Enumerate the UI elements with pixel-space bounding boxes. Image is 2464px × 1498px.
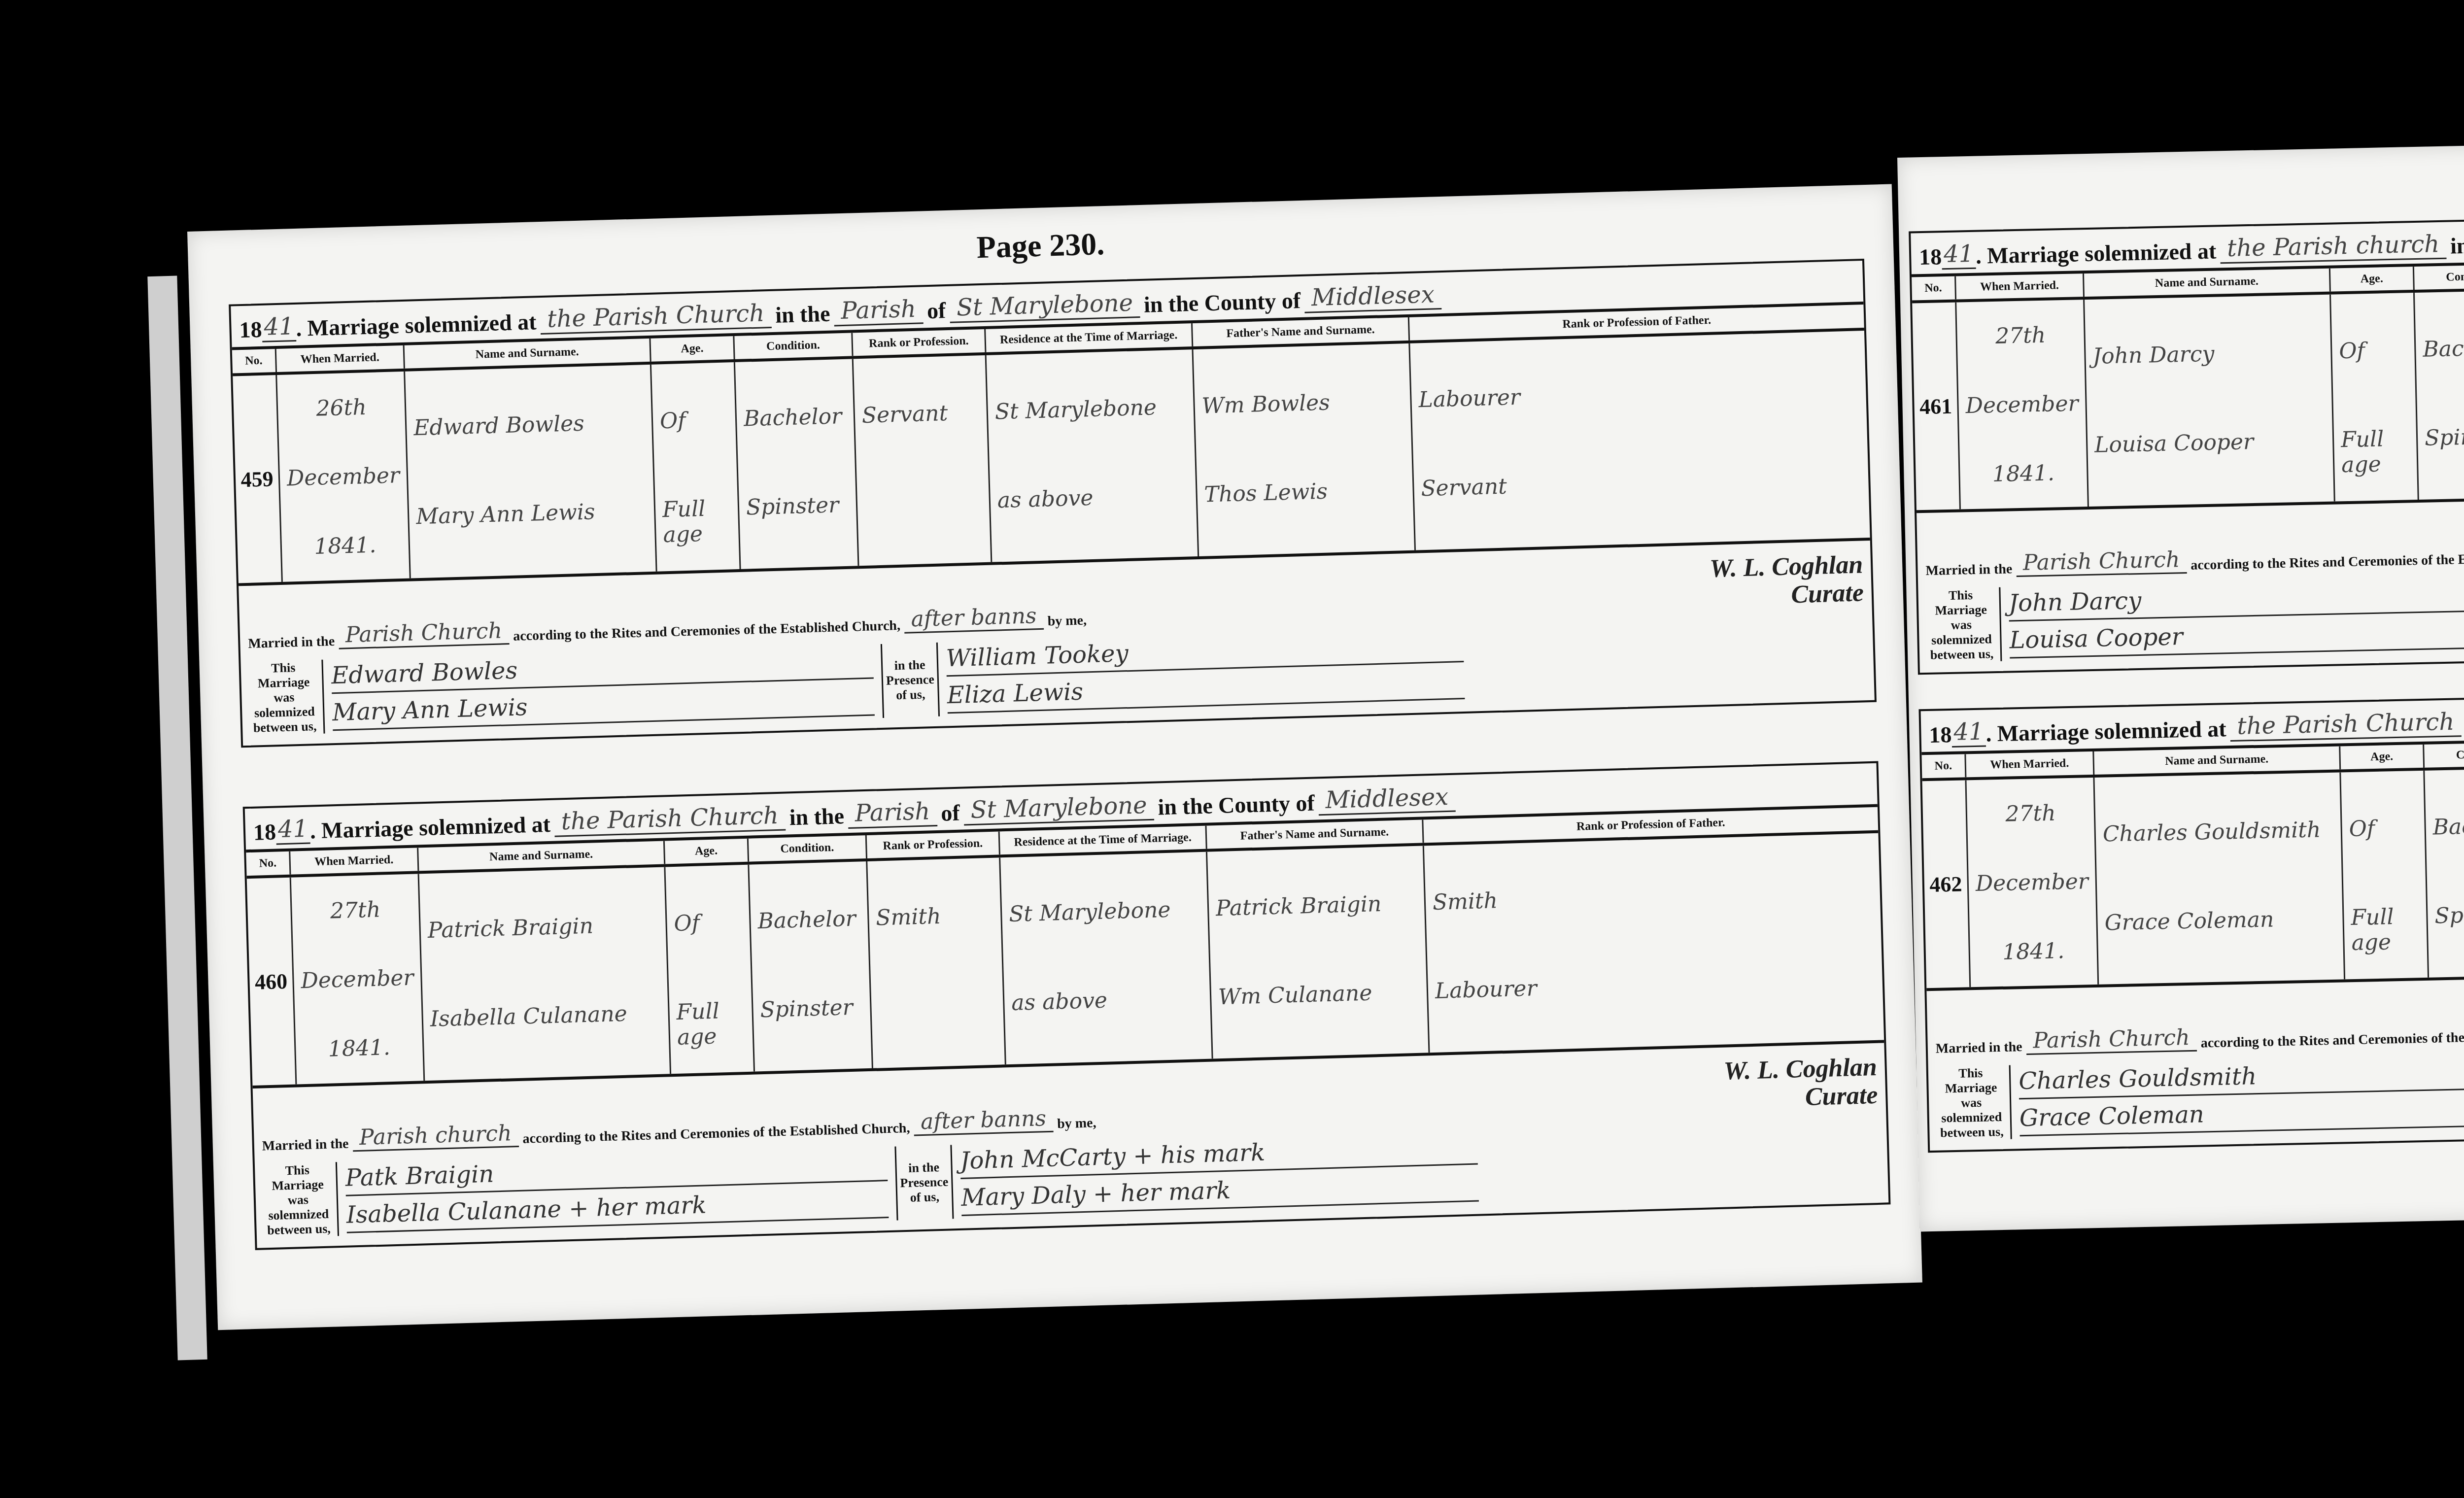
groom-residence: St Marylebone: [1009, 896, 1205, 927]
officiant-name: W. L. Coghlan: [1709, 550, 1863, 583]
residence-cell: St Maryleboneas above: [987, 349, 1199, 562]
groom-name: Edward Bowles: [413, 409, 649, 441]
church-field: the Parish Church: [540, 299, 772, 335]
of-label: of: [926, 297, 946, 324]
label-line: solemnized: [264, 1207, 333, 1224]
bride-rank: [878, 991, 1000, 994]
witness-signatures: William TookeyEliza Lewis: [938, 628, 1473, 716]
in-the-label: in the: [775, 301, 831, 328]
bride-signature: Louisa Cooper: [2009, 615, 2464, 659]
bride-age: Full age: [676, 998, 750, 1050]
col-rank: Rank or Profession.: [867, 831, 1000, 858]
church-field: the Parish Church: [554, 802, 786, 837]
married-in-label: Married in the: [248, 634, 335, 652]
condition-cell: BachelorSpinster: [749, 861, 873, 1072]
year-prefix: 18: [253, 818, 276, 845]
entry-row: 461 27th December 1841. John DarcyLouisa…: [1912, 270, 2464, 513]
marriage-entry-462: 18 41 . Marriage solemnized at the Paris…: [1918, 676, 2464, 1153]
when-married: 27th December 1841.: [291, 874, 425, 1084]
bride-condition: Spinster: [2425, 423, 2464, 451]
residence-cell: St Maryleboneas above: [1000, 852, 1213, 1065]
year-suffix: 41: [275, 815, 310, 845]
condition-cell: BachelorSpinster: [2425, 768, 2464, 978]
bride-father-rank: Labourer: [1435, 966, 1880, 1004]
bride-name: Grace Coleman: [2104, 906, 2340, 936]
solemnized-label: . Marriage solemnized at: [1976, 238, 2217, 269]
when-married: 26th December 1841.: [277, 372, 411, 582]
bride-condition: Spinster: [2434, 901, 2464, 929]
rank-cell: Smith: [867, 857, 1006, 1068]
entry-row: 462 27th December 1841. Charles Gouldsmi…: [1922, 748, 2464, 991]
in-the-label: in the: [2450, 232, 2464, 259]
couple-signatures: Charles GouldsmithGrace Coleman: [2011, 1054, 2464, 1139]
groom-condition: Bachelor: [757, 906, 865, 934]
label-line: was: [1927, 617, 1996, 633]
groom-age: Of: [674, 909, 747, 936]
entry-number: 459: [233, 375, 283, 583]
month: December: [1975, 869, 2088, 896]
bride-age: Full age: [2341, 426, 2414, 477]
col-no: No.: [232, 349, 277, 373]
officiant-signature: W. L. CoghlanCurate: [1709, 550, 1864, 611]
marriage-entry-460: 18 41 . Marriage solemnized at the Paris…: [243, 761, 1891, 1251]
bride-age: Full age: [662, 495, 736, 547]
year: 1841.: [2002, 938, 2065, 965]
groom-signature: Charles Gouldsmith: [2019, 1056, 2464, 1100]
officiant-name: W. L. Coghlan: [1723, 1053, 1878, 1086]
presence-label: in thePresenceof us,: [894, 1145, 954, 1221]
year-prefix: 18: [1929, 721, 1952, 748]
in-the-label: in the: [789, 803, 845, 830]
groom-name: Patrick Braigin: [427, 912, 663, 943]
groom-age: Of: [2349, 815, 2422, 842]
label-line: between us,: [264, 1222, 334, 1238]
label-line: was: [1937, 1095, 2006, 1111]
month: December: [1965, 391, 2079, 418]
witness-signatures: John McCarty + his markMary Daly + her m…: [952, 1130, 1487, 1219]
county-field: Middlesex: [1318, 783, 1456, 816]
col-condition: Condition.: [2424, 742, 2464, 768]
year-suffix: 41: [1942, 240, 1976, 270]
groom-rank: Servant: [861, 400, 984, 428]
by-me-label: by me,: [1057, 1116, 1096, 1132]
officiant-signature: W. L. CoghlanCurate: [1723, 1053, 1878, 1114]
month: December: [286, 463, 400, 491]
between-us-label: This Marriagewassolemnizedbetween us,: [248, 660, 325, 736]
register-page-231: Page 231. 18 41 . Marriage solemnized at…: [1897, 124, 2464, 1232]
marriage-entry-461: 18 41 . Marriage solemnized at the Paris…: [1909, 198, 2464, 675]
groom-father: Patrick Braigin: [1215, 890, 1421, 921]
solemnized-label: . Marriage solemnized at: [296, 308, 537, 341]
married-in-field: Parish Church: [338, 618, 510, 649]
year: 1841.: [1992, 460, 2054, 487]
age-cell: OfFull age: [651, 362, 741, 572]
bride-name: Louisa Cooper: [2094, 428, 2330, 458]
rank-cell: Servant: [854, 355, 992, 566]
page-title: Page 231.: [1898, 143, 2464, 214]
label-line: This Marriage: [1926, 587, 1995, 618]
label-line: This Marriage: [263, 1162, 333, 1194]
county-field: Middlesex: [1304, 280, 1441, 313]
parish-field: St Marylebone: [963, 791, 1154, 826]
col-when-married: When Married.: [1966, 751, 2094, 777]
bride-residence: as above: [1011, 985, 1207, 1016]
col-no: No.: [246, 851, 291, 876]
parish-field: St Marylebone: [949, 289, 1140, 323]
col-when-married: When Married.: [1956, 273, 2085, 299]
by-me-label: by me,: [1047, 613, 1087, 630]
label-line: solemnized: [1937, 1110, 2007, 1126]
label-line: of us,: [897, 1190, 952, 1206]
col-rank: Rank or Profession.: [853, 329, 986, 356]
marriage-entry-459: 18 41 . Marriage solemnized at the Paris…: [229, 259, 1877, 748]
married-in-label: Married in the: [1925, 562, 2012, 579]
bride-residence: as above: [997, 482, 1193, 513]
names-cell: Charles GouldsmithGrace Coleman: [2094, 772, 2345, 984]
bride-rank: [864, 488, 986, 492]
groom-age: Of: [2339, 337, 2412, 364]
bride-age: Full age: [2351, 904, 2424, 955]
names-cell: John DarcyLouisa Cooper: [2085, 295, 2335, 507]
couple-signatures: Patk BraiginIsabella Culanane + her mark: [337, 1147, 897, 1236]
of-label: of: [941, 800, 960, 826]
col-no: No.: [1912, 276, 1956, 301]
married-in-field: Parish Church: [2026, 1025, 2197, 1055]
names-cell: Edward BowlesMary Ann Lewis: [405, 365, 657, 579]
officiant-title: Curate: [1791, 579, 1864, 609]
groom-condition: Bachelor: [2432, 813, 2464, 840]
col-name: Name and Surname.: [2084, 269, 2331, 297]
bride-condition: Spinster: [760, 994, 867, 1022]
col-age: Age.: [2330, 267, 2415, 292]
bride-signature: Grace Coleman: [2019, 1093, 2464, 1137]
label-line: between us,: [250, 719, 320, 736]
year-prefix: 18: [1919, 243, 1942, 270]
rites-label: according to the Rites and Ceremonies of…: [2200, 1027, 2464, 1051]
county-label: in the County of: [1143, 287, 1301, 318]
groom-name: Charles Gouldsmith: [2102, 817, 2338, 847]
year: 1841.: [314, 532, 376, 559]
county-label: in the County of: [1158, 790, 1315, 820]
groom-age: Of: [659, 407, 732, 434]
father-name-cell: Wm BowlesThos Lewis: [1193, 343, 1416, 556]
groom-condition: Bachelor: [2423, 335, 2464, 362]
col-age: Age.: [665, 839, 749, 864]
solemnized-label: . Marriage solemnized at: [1985, 715, 2226, 747]
day: 27th: [2005, 800, 2056, 826]
entry-number: 462: [1922, 780, 1971, 988]
label-line: in the: [883, 657, 937, 674]
label-line: between us,: [1927, 647, 1997, 663]
when-married: 27th December 1841.: [1956, 300, 2089, 509]
when-married: 27th December 1841.: [1966, 778, 2099, 987]
entry-number: 460: [247, 878, 297, 1086]
bride-name: Mary Ann Lewis: [416, 498, 651, 529]
father-name-cell: Patrick BraiginWm Culanane: [1207, 846, 1430, 1058]
married-in-label: Married in the: [262, 1136, 349, 1155]
condition-cell: BachelorSpinster: [735, 359, 859, 569]
groom-father-rank: Labourer: [1418, 375, 1863, 412]
age-cell: OfFull age: [2341, 771, 2429, 979]
father-rank-cell: SmithLabourer: [1424, 833, 1884, 1053]
col-when-married: When Married.: [276, 345, 405, 372]
day: 27th: [330, 897, 380, 923]
solemnized-label: . Marriage solemnized at: [309, 811, 550, 844]
couple-signatures: Edward BowlesMary Ann Lewis: [323, 644, 883, 734]
officiant-title: Curate: [1805, 1081, 1878, 1111]
year: 1841.: [328, 1035, 390, 1061]
groom-condition: Bachelor: [743, 404, 851, 432]
col-age: Age.: [2340, 745, 2425, 770]
label-line: solemnized: [250, 704, 319, 721]
day: 27th: [1995, 322, 2046, 348]
label-line: of us,: [883, 687, 938, 703]
col-condition: Condition.: [749, 835, 867, 862]
banns-field: after banns: [904, 603, 1044, 634]
label-line: Presence: [897, 1175, 952, 1191]
age-cell: OfFull age: [2331, 293, 2419, 501]
col-when-married: When Married.: [290, 848, 419, 874]
label-line: was: [249, 689, 319, 706]
father-rank-cell: LabourerServant: [1410, 331, 1870, 550]
col-no: No.: [1921, 754, 1966, 778]
married-in-field: Parish Church: [2016, 547, 2187, 577]
entry-number: 461: [1912, 303, 1961, 511]
col-condition: Condition.: [734, 333, 853, 359]
rites-label: according to the Rites and Ceremonies of…: [2190, 550, 2464, 574]
parish-type-field: Parish: [834, 295, 924, 326]
couple-signatures: John DarcyLouisa Cooper: [2000, 576, 2464, 661]
church-field: the Parish Church: [2230, 708, 2462, 742]
church-field: the Parish church: [2220, 230, 2446, 264]
groom-signature: John Darcy: [2008, 579, 2464, 622]
bride-father: Thos Lewis: [1204, 477, 1410, 508]
groom-name: John Darcy: [2092, 339, 2328, 369]
banns-field: after banns: [913, 1106, 1053, 1136]
label-line: was: [264, 1192, 333, 1209]
between-us-label: This Marriagewassolemnizedbetween us,: [263, 1162, 339, 1238]
col-age: Age.: [650, 336, 735, 362]
bride-father-rank: Servant: [1421, 464, 1866, 501]
label-line: solemnized: [1927, 632, 1996, 648]
presence-label: in thePresenceof us,: [881, 643, 940, 718]
groom-father-rank: Smith: [1432, 878, 1877, 915]
condition-cell: BachelorSpinster: [2415, 290, 2464, 500]
married-in-label: Married in the: [1936, 1039, 2022, 1057]
year-suffix: 41: [1951, 718, 1986, 748]
label-line: This Marriage: [1936, 1065, 2006, 1096]
names-cell: Patrick BraiginIsabella Culanane: [419, 867, 672, 1081]
label-line: This Marriage: [248, 660, 318, 691]
age-cell: OfFull age: [665, 865, 755, 1074]
groom-residence: St Marylebone: [994, 394, 1191, 424]
groom-father: Wm Bowles: [1201, 388, 1407, 419]
bride-father: Wm Culanane: [1218, 979, 1424, 1010]
year-suffix: 41: [262, 312, 297, 342]
day: 26th: [316, 394, 367, 421]
col-name: Name and Surname.: [2094, 746, 2341, 774]
col-condition: Condition.: [2414, 264, 2464, 290]
label-line: Presence: [883, 672, 938, 688]
married-in-field: Parish church: [352, 1121, 519, 1152]
register-page-230: Page 230. 18 41 . Marriage solemnized at…: [187, 184, 1922, 1330]
bride-condition: Spinster: [746, 492, 853, 520]
between-us-label: This Marriagewassolemnizedbetween us,: [1926, 587, 2002, 663]
label-line: between us,: [1937, 1124, 2007, 1141]
groom-rank: Smith: [876, 902, 998, 931]
between-us-label: This Marriagewassolemnizedbetween us,: [1936, 1065, 2012, 1141]
entry-header: 18 41 . Marriage solemnized at the Paris…: [1921, 678, 2464, 755]
label-line: in the: [896, 1160, 951, 1176]
month: December: [301, 965, 414, 993]
year-prefix: 18: [239, 316, 262, 343]
parish-type-field: Parish: [848, 797, 937, 829]
bride-name: Isabella Culanane: [430, 1000, 665, 1032]
